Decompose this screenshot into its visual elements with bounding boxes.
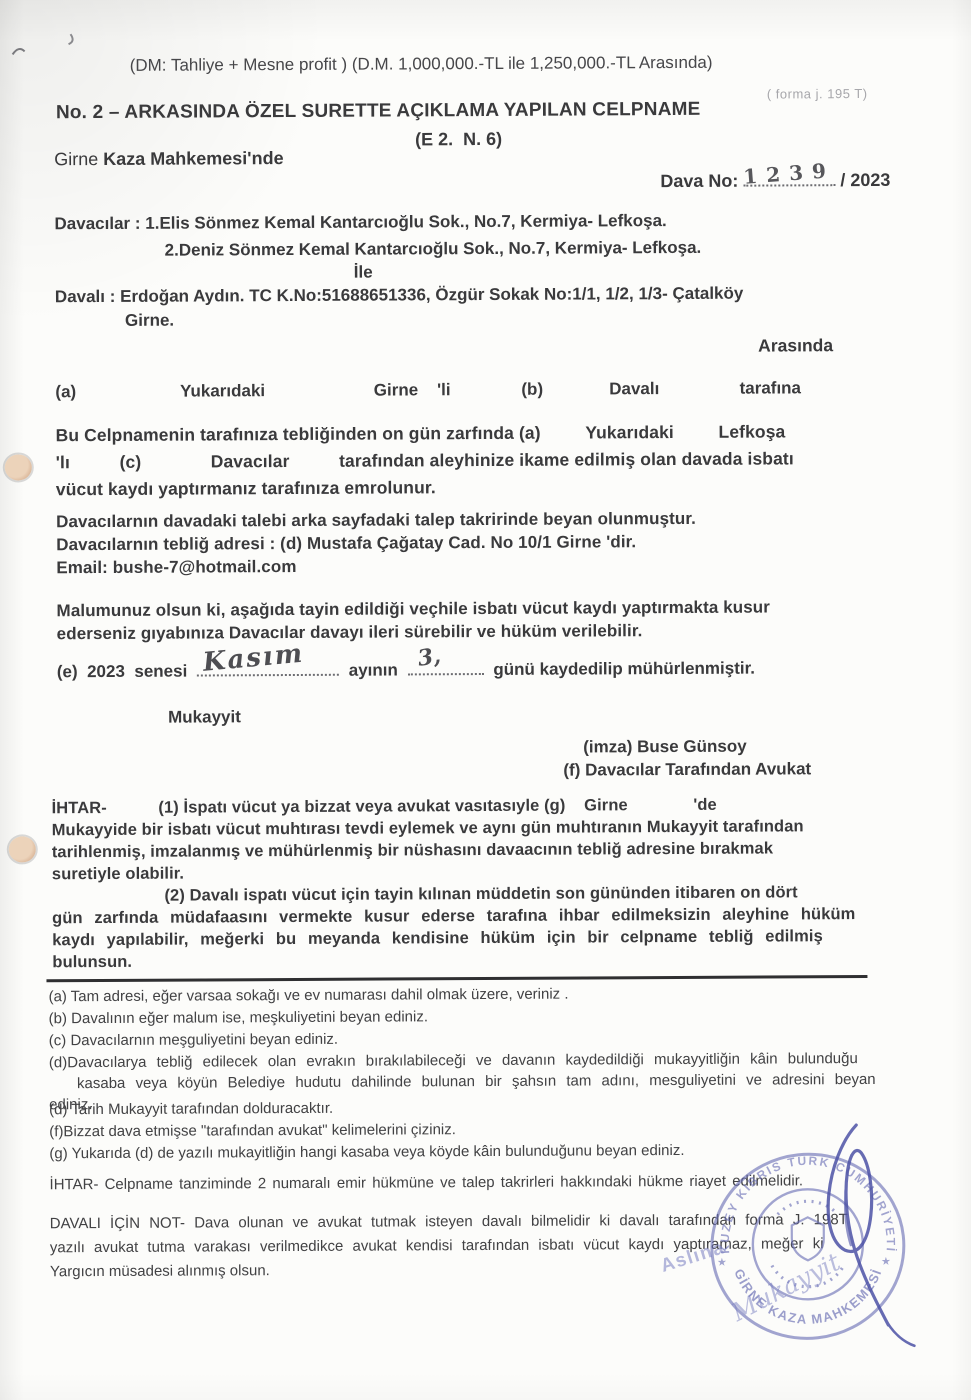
form-code: (E 2. N. 6): [415, 129, 502, 150]
court-name-bold: Kaza Mahkemesi'nde: [103, 148, 283, 169]
defendant-line-2: Girne.: [125, 311, 174, 331]
case-number-label: Dava No:: [660, 171, 738, 191]
order-paragraph: Bu Celpnamenin tarafınıza tebliğinden on…: [56, 418, 794, 503]
court-stamp: KUZEY KIBRIS TÜRK CUMHURİYETİ GİRNE KAZA…: [632, 1092, 971, 1384]
lawyer-name: Buse Günsoy: [632, 737, 746, 757]
date-line-suffix: günü kaydedilip mühürlenmiştir.: [493, 659, 755, 679]
default-warning-paragraph: Malumunuz olsun ki, aşağıda tayin edildi…: [56, 596, 770, 646]
defendant-info: Erdoğan Aydın. TC K.No:51688651336, Özgü…: [120, 284, 743, 306]
defendant-line-1: Davalı : Erdoğan Aydın. TC K.No:51688651…: [55, 284, 744, 308]
default-warning-line1: Malumunuz olsun ki, aşağıda tayin edildi…: [56, 596, 770, 623]
claim-line: Davacılarnın davadaki talebi arka sayfad…: [56, 507, 696, 533]
ile-separator: İle: [354, 263, 373, 283]
plaintiff-1: 1.Elis Sönmez Kemal Kantarcıoğlu Sok., N…: [145, 211, 667, 233]
hole-punch-top: [5, 454, 32, 480]
plaintiffs-label: Davacılar :: [54, 214, 145, 233]
handwritten-day: 3,: [416, 643, 442, 672]
month-dotted-field: Kasım: [197, 671, 339, 677]
defendant-label: Davalı :: [55, 287, 120, 306]
mukayyit-label: Mukayyit: [168, 707, 241, 727]
footnote-c: (c) Davacılarnın meşguliyetini beyan edi…: [49, 1028, 569, 1053]
registration-date-line: (e) 2023 senesi Kasım ayının 3, günü kay…: [57, 659, 755, 683]
court-name: Girne Kaza Mahkemesi'nde: [54, 148, 283, 170]
lawyer-role-line: (f) Davacılar Tarafından Avukat: [563, 759, 811, 780]
court-name-prefix: Girne: [54, 149, 103, 169]
ihtar-line7: kaydı yapılabilir, meğerki bu meyanda ke…: [52, 925, 855, 951]
footnotes-abc: (a) Tam adresi, eğer varsaa sokağı ve ev…: [48, 984, 568, 1053]
handwritten-month: Kasım: [202, 639, 306, 678]
email-line: Email: bushe-7@hotmail.com: [56, 553, 696, 579]
day-dotted-field: 3,: [408, 670, 484, 675]
service-address-line: Davacılarnın tebliğ adresi : (d) Mustafa…: [56, 530, 696, 556]
case-number-dotted-field: 1239: [743, 181, 835, 186]
footnote-d-line2: kasaba veya köyün Belediye hudutu dahili…: [49, 1069, 876, 1094]
plaintiff-2: 2.Deniz Sönmez Kemal Kantarcıoğlu Sok., …: [165, 238, 702, 261]
signature-line: (imza) Buse Günsoy: [583, 737, 747, 758]
footnote-a: (a) Tam adresi, eğer varsaa sokağı ve ev…: [48, 984, 568, 1009]
ihtar-line3: tarihlenmiş, imzalanmış ve mühürlenmiş b…: [52, 837, 855, 863]
imza-label: (imza): [583, 737, 632, 756]
plaintiffs-line-1: Davacılar : 1.Elis Sönmez Kemal Kantarcı…: [54, 211, 666, 234]
order-paragraph-line3: vücut kaydı yaptırmanız tarafınıza emrol…: [56, 472, 794, 503]
claim-address-paragraph: Davacılarnın davadaki talebi arka sayfad…: [56, 507, 696, 579]
footnote-g: (g) Yukarıda (d) de yazılı mukayitliğin …: [49, 1140, 684, 1165]
date-line-prefix: (e) 2023 senesi: [57, 662, 188, 682]
order-paragraph-line1: Bu Celpnamenin tarafınıza tebliğinden on…: [56, 418, 794, 449]
stamp-note-aslina: Aslına: [658, 1237, 727, 1277]
arasinda-label: Arasında: [758, 335, 833, 356]
hole-punch-bottom: [9, 836, 36, 862]
handwritten-case-number: 1239: [743, 158, 836, 189]
ihtar-block: İHTAR- (1) İspatı vücut ya bizzat veya a…: [52, 793, 856, 973]
fill-in-line: (a) Yukarıdaki Girne 'li (b) Davalı tara…: [55, 378, 801, 402]
order-paragraph-line2: 'lı (c) Davacılar tarafından aleyhinize …: [56, 445, 794, 476]
case-number-line: Dava No:1239/ 2023: [660, 170, 890, 192]
case-year: / 2023: [840, 170, 890, 190]
document-title: No. 2 – ARKASINDA ÖZEL SURETTE AÇIKLAMA …: [56, 99, 701, 124]
ihtar-line8: bulunsun.: [52, 947, 855, 973]
footnote-b: (b) Davalının eğer malum ise, meşkuliyet…: [49, 1006, 569, 1031]
scanned-summons-document: (DM: Tahliye + Mesne profit ) (D.M. 1,00…: [0, 0, 971, 1400]
footnote-divider: [46, 975, 867, 982]
date-line-mid: ayının: [349, 660, 398, 679]
stamp-star-right-icon: ★: [881, 1256, 891, 1268]
document-content: (DM: Tahliye + Mesne profit ) (D.M. 1,00…: [0, 0, 971, 1400]
pen-mark-icon: [0, 2, 117, 83]
dm-subject-line: (DM: Tahliye + Mesne profit ) (D.M. 1,00…: [130, 53, 713, 76]
default-warning-line2: ederseniz gıyabınıza Davacılar davayı il…: [57, 619, 771, 646]
forma-note: ( forma j. 195 T): [767, 86, 868, 102]
footnotes-dfg: (d) Tarih Mukayyit tarafından dolduracak…: [49, 1096, 684, 1165]
stamp-rings: KUZEY KIBRIS TÜRK CUMHURİYETİ GİRNE KAZA…: [702, 1144, 913, 1348]
